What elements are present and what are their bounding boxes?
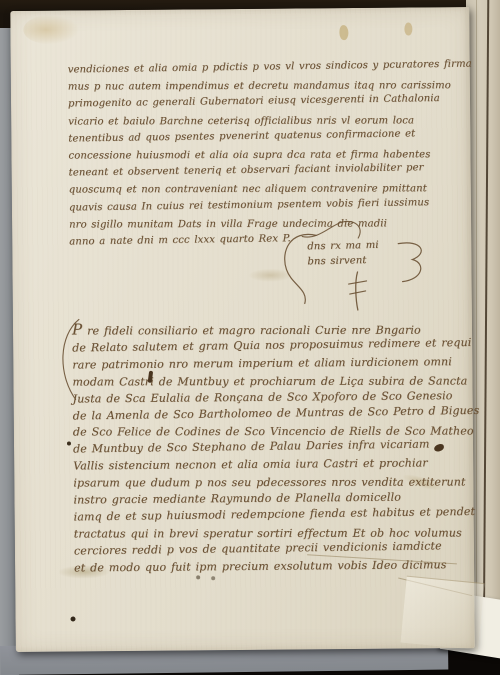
folded-corner-patch bbox=[400, 576, 484, 650]
paragraph-one: vendiciones et alia omia p pdictis p vos… bbox=[68, 58, 455, 251]
manuscript-page: vendiciones et alia omia p pdictis p vos… bbox=[10, 7, 475, 652]
text-line: rare patrimonio nro merum imperium et al… bbox=[72, 354, 457, 374]
paragraph-two: P re fideli consiliario et magro raciona… bbox=[72, 318, 459, 577]
text-line: Vallis sistencium necnon et alia omia iu… bbox=[73, 455, 458, 475]
wormhole-dot bbox=[70, 616, 75, 621]
text-line: vendiciones et alia omia p pdictis p vos… bbox=[68, 56, 453, 79]
margin-dot bbox=[67, 442, 71, 446]
text-line: ipsarum que dudum p nos seu pdecessores … bbox=[73, 475, 458, 493]
stain-drip-1 bbox=[339, 25, 348, 40]
stain-drip-2 bbox=[404, 23, 412, 36]
probata-mark-icon bbox=[344, 270, 370, 312]
text-line: modam Castri de Muntbuy et prochiarum de… bbox=[72, 373, 457, 391]
speck bbox=[211, 576, 215, 580]
page-edge-line-faint bbox=[476, 0, 477, 648]
chancery-closing-flourish-icon bbox=[392, 237, 432, 287]
page-edge-line bbox=[483, 0, 490, 648]
speck bbox=[196, 575, 200, 579]
stain-top-left bbox=[23, 14, 79, 44]
